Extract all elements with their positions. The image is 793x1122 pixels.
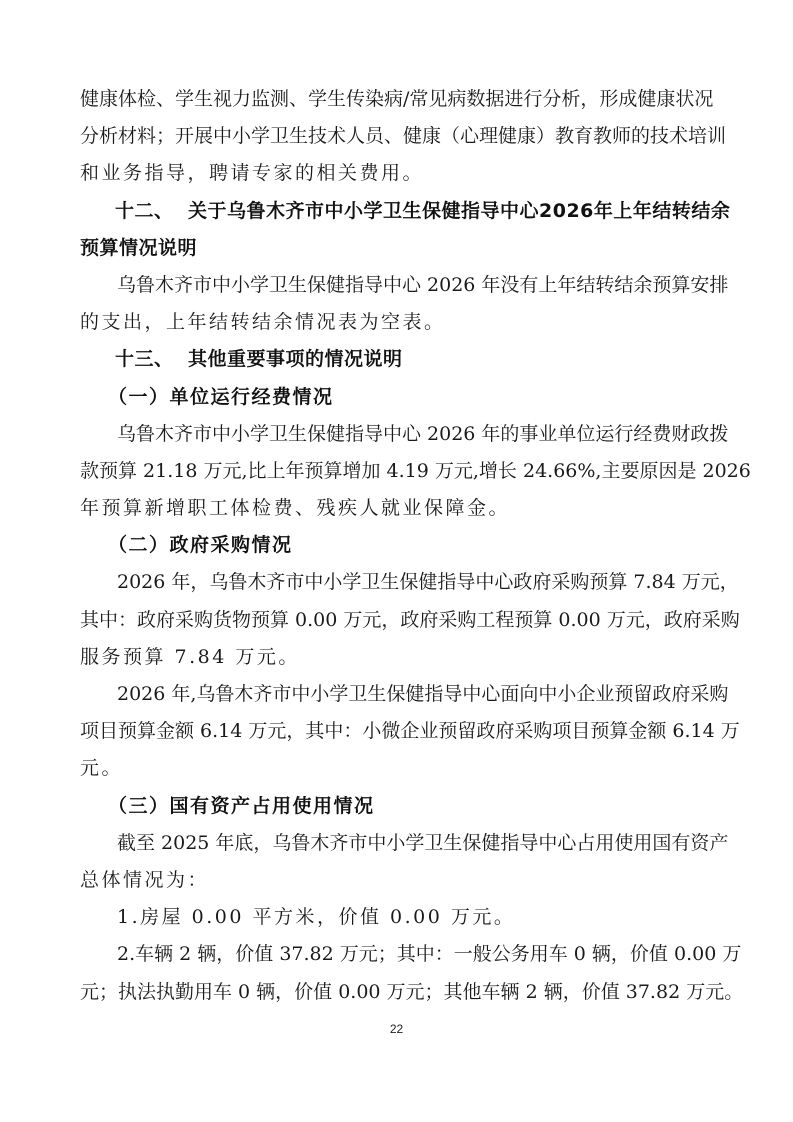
body-line: 2026 年,乌鲁木齐市中小学卫生保健指导中心面向中小企业预留政府采购 bbox=[80, 676, 712, 713]
body-line: 1.房屋 0.00 平方米，价值 0.00 万元。 bbox=[80, 899, 712, 936]
section-heading-13: 十三、其他重要事项的情况说明 bbox=[80, 341, 712, 378]
body-line: 分析材料；开展中小学卫生技术人员、健康（心理健康）教育教师的技术培训 bbox=[80, 118, 712, 155]
page-number: 22 bbox=[0, 1022, 793, 1036]
body-line: 服务预算 7.84 万元。 bbox=[80, 639, 712, 676]
body-line: 乌鲁木齐市中小学卫生保健指导中心 2026 年没有上年结转结余预算安排 bbox=[80, 267, 712, 304]
section-title: 其他重要事项的情况说明 bbox=[188, 348, 403, 370]
subsection-heading-1: （一）单位运行经费情况 bbox=[80, 379, 712, 416]
body-line: 总体情况为： bbox=[80, 862, 712, 899]
section-number: 十二、 bbox=[115, 193, 188, 230]
body-line: 元；执法执勤用车 0 辆，价值 0.00 万元；其他车辆 2 辆，价值 37.8… bbox=[80, 974, 712, 1011]
body-line: 健康体检、学生视力监测、学生传染病/常见病数据进行分析，形成健康状况 bbox=[80, 81, 712, 118]
document-page: 健康体检、学生视力监测、学生传染病/常见病数据进行分析，形成健康状况 分析材料；… bbox=[80, 81, 712, 1011]
body-line: 款预算 21.18 万元,比上年预算增加 4.19 万元,增长 24.66%,主… bbox=[80, 453, 712, 490]
body-line: 2.车辆 2 辆，价值 37.82 万元；其中：一般公务用车 0 辆，价值 0.… bbox=[80, 936, 712, 973]
body-line: 其中：政府采购货物预算 0.00 万元，政府采购工程预算 0.00 万元，政府采… bbox=[80, 602, 712, 639]
body-line: 截至 2025 年底，乌鲁木齐市中小学卫生保健指导中心占用使用国有资产 bbox=[80, 825, 712, 862]
section-number: 十三、 bbox=[115, 341, 188, 378]
body-line: 年预算新增职工体检费、残疾人就业保障金。 bbox=[80, 490, 712, 527]
section-heading-12-cont: 预算情况说明 bbox=[80, 230, 712, 267]
body-line: 元。 bbox=[80, 750, 712, 787]
subsection-heading-3: （三）国有资产占用使用情况 bbox=[80, 788, 712, 825]
body-line: 项目预算金额 6.14 万元，其中：小微企业预留政府采购项目预算金额 6.14 … bbox=[80, 713, 712, 750]
body-line: 乌鲁木齐市中小学卫生保健指导中心 2026 年的事业单位运行经费财政拨 bbox=[80, 416, 712, 453]
subsection-heading-2: （二）政府采购情况 bbox=[80, 527, 712, 564]
section-heading-12: 十二、关于乌鲁木齐市中小学卫生保健指导中心2026年上年结转结余 bbox=[80, 193, 712, 230]
body-line: 和业务指导，聘请专家的相关费用。 bbox=[80, 155, 712, 192]
body-line: 2026 年，乌鲁木齐市中小学卫生保健指导中心政府采购预算 7.84 万元， bbox=[80, 564, 712, 601]
body-line: 的支出，上年结转结余情况表为空表。 bbox=[80, 304, 712, 341]
section-title: 关于乌鲁木齐市中小学卫生保健指导中心2026年上年结转结余 bbox=[188, 200, 730, 222]
